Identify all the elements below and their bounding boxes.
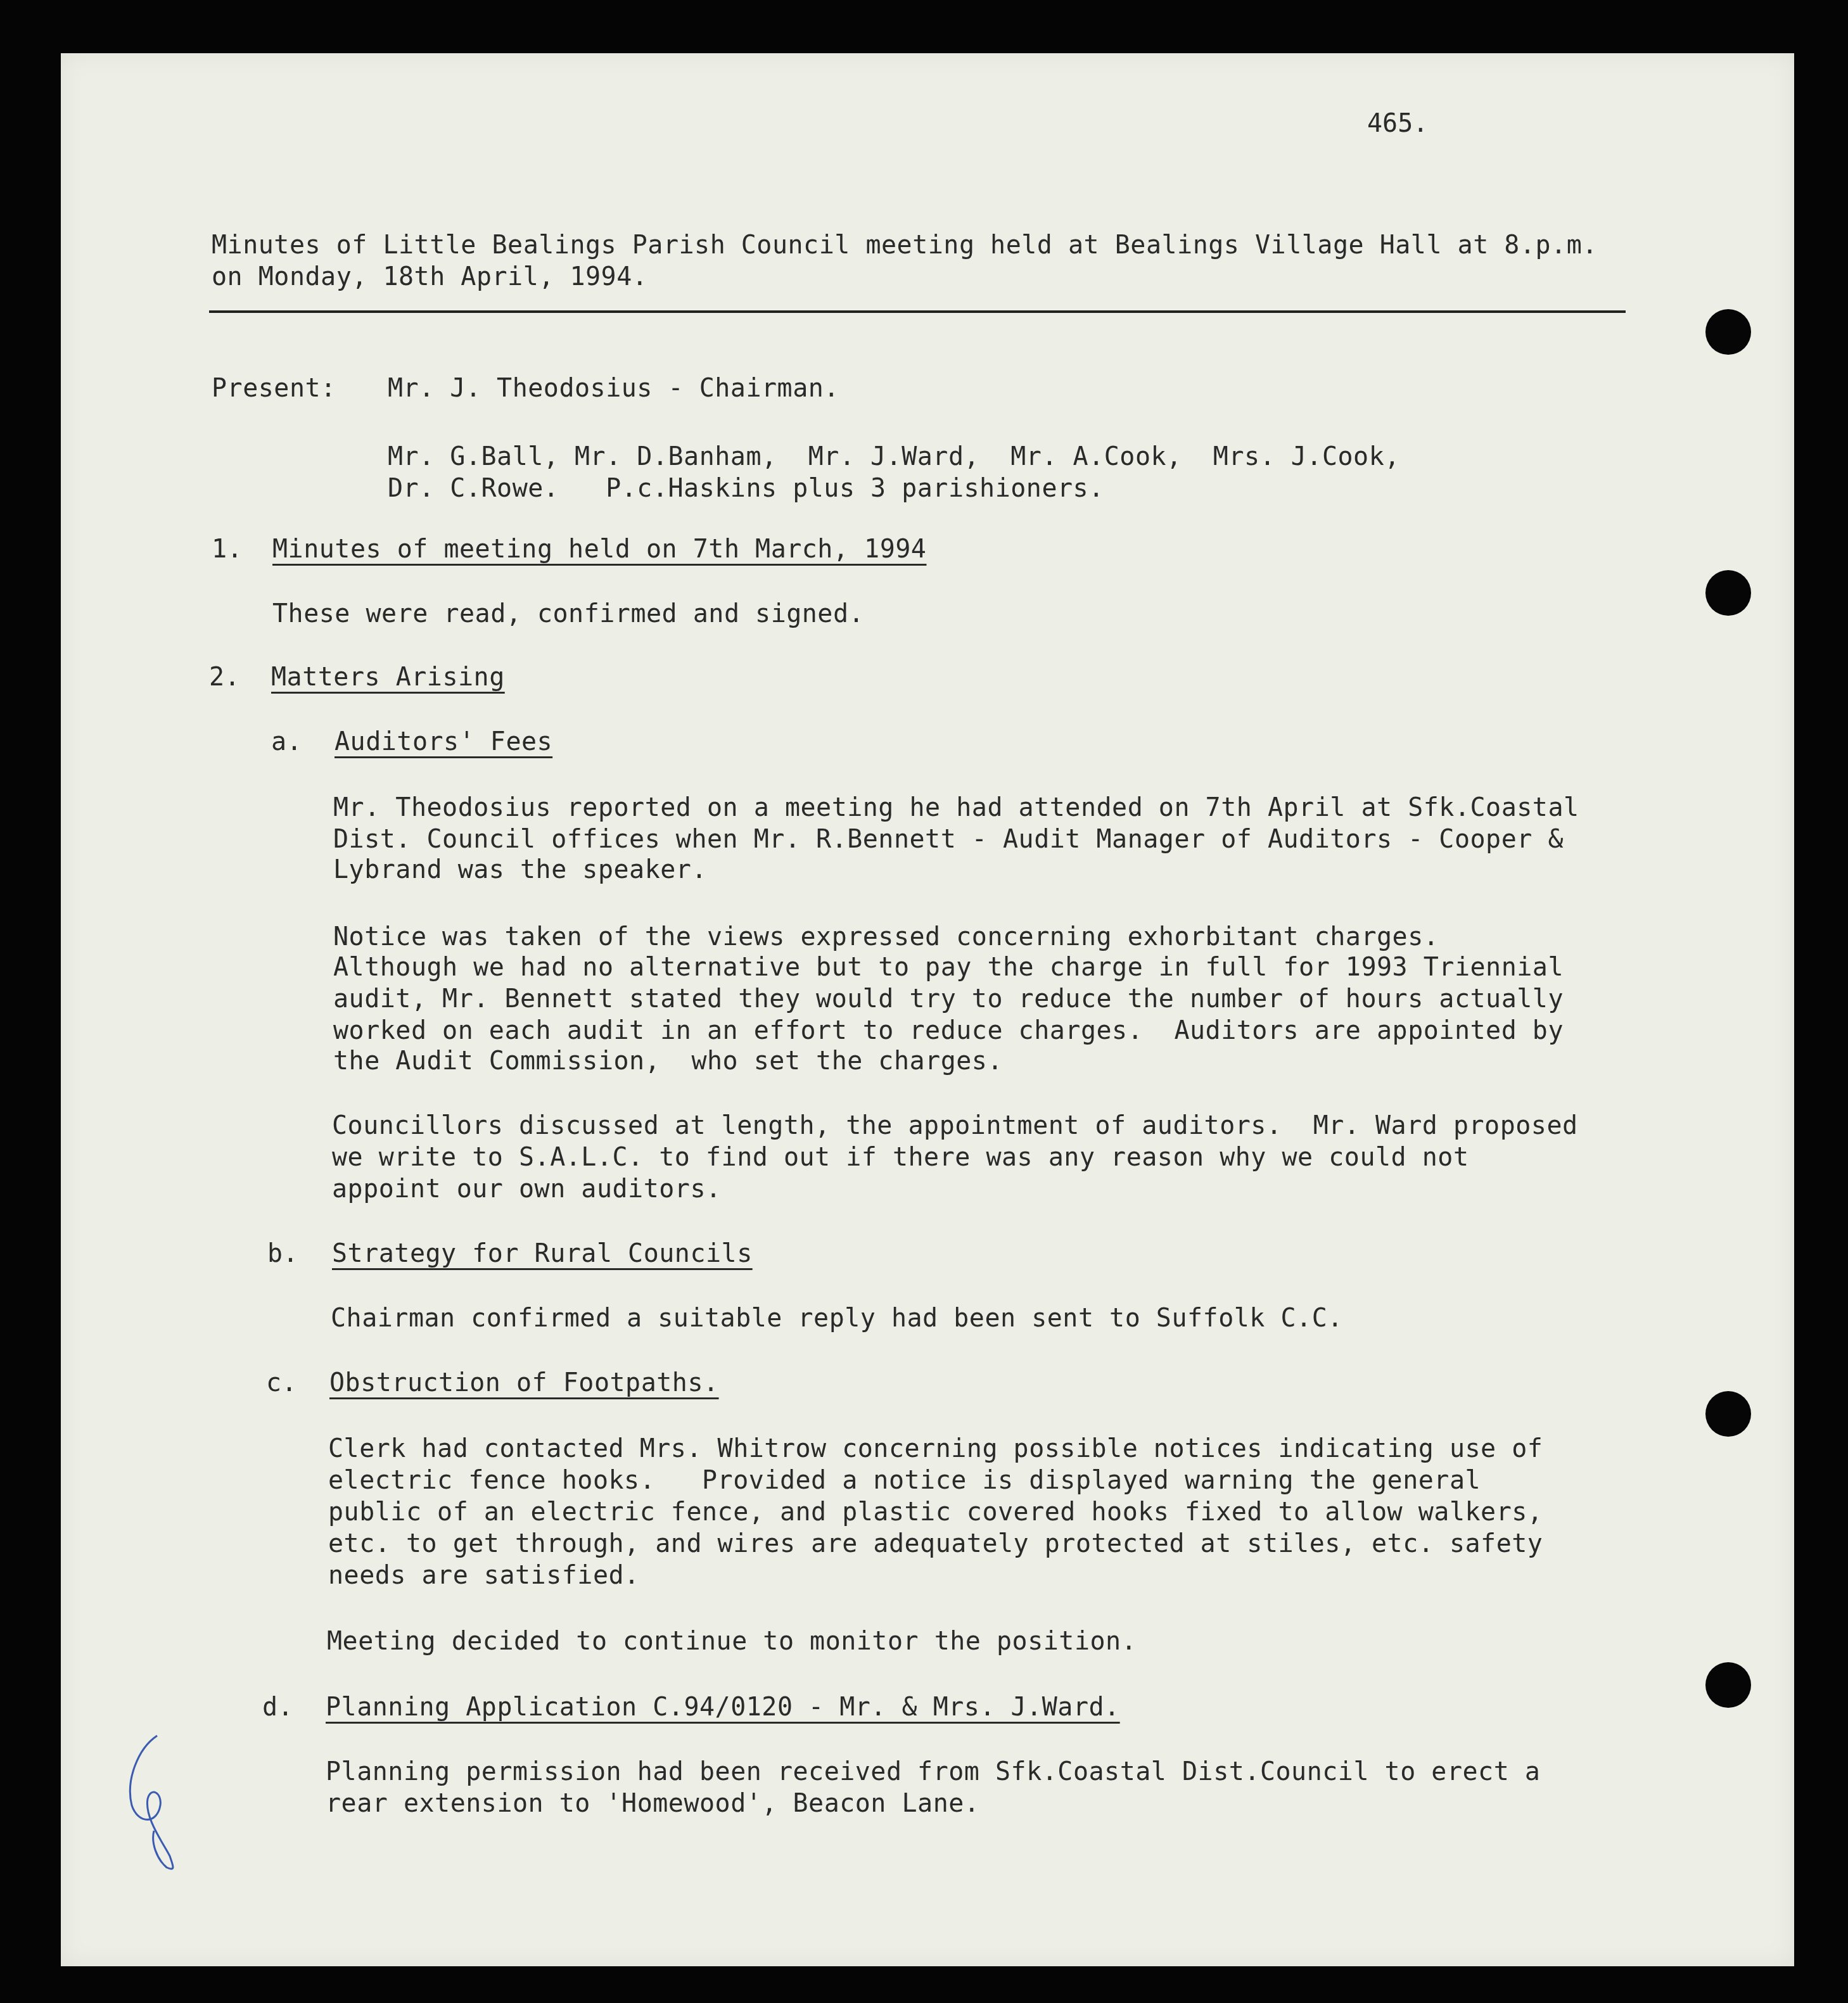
present-members-1: Mr. G.Ball, Mr. D.Banham, Mr. J.Ward, Mr… bbox=[388, 441, 1400, 473]
page-number: 465. bbox=[1367, 109, 1428, 138]
present-members-2: Dr. C.Rowe. P.c.Haskins plus 3 parishion… bbox=[388, 473, 1104, 504]
paragraph-line: Mr. Theodosius reported on a meeting he … bbox=[333, 792, 1579, 823]
present-chairman: Mr. J. Theodosius - Chairman. bbox=[388, 372, 839, 404]
paragraph-line: Chairman confirmed a suitable reply had … bbox=[331, 1302, 1343, 1334]
paragraph-line: etc. to get through, and wires are adequ… bbox=[328, 1528, 1543, 1560]
paragraph-line: electric fence hooks. Provided a notice … bbox=[328, 1465, 1481, 1496]
present-label: Present: bbox=[212, 372, 336, 404]
item-number: 1. bbox=[212, 533, 243, 565]
subitem-heading: Strategy for Rural Councils bbox=[332, 1238, 753, 1269]
subitem-letter: d. bbox=[262, 1691, 293, 1723]
paragraph-line: Clerk had contacted Mrs. Whitrow concern… bbox=[328, 1433, 1543, 1465]
paragraph-line: rear extension to 'Homewood', Beacon Lan… bbox=[326, 1788, 979, 1819]
punch-hole bbox=[1705, 309, 1751, 355]
paragraph-line: Councillors discussed at length, the app… bbox=[332, 1110, 1578, 1141]
paragraph-line: Although we had no alternative but to pa… bbox=[333, 951, 1564, 983]
paragraph-line: Notice was taken of the views expressed … bbox=[333, 921, 1439, 953]
punch-hole bbox=[1705, 1391, 1751, 1437]
title-line-2: on Monday, 18th April, 1994. bbox=[212, 261, 647, 293]
paragraph-line: the Audit Commission, who set the charge… bbox=[333, 1045, 1003, 1077]
item-heading: Minutes of meeting held on 7th March, 19… bbox=[272, 533, 926, 565]
paragraph-line: worked on each audit in an effort to red… bbox=[333, 1015, 1564, 1046]
item-heading: Matters Arising bbox=[271, 661, 505, 693]
punch-hole bbox=[1705, 570, 1751, 616]
title-line-1: Minutes of Little Bealings Parish Counci… bbox=[212, 229, 1598, 261]
paragraph-line: needs are satisfied. bbox=[328, 1560, 640, 1591]
paragraph-line: Planning permission had been received fr… bbox=[326, 1756, 1540, 1788]
paragraph-line: we write to S.A.L.C. to find out if ther… bbox=[332, 1141, 1469, 1173]
paragraph-line: Meeting decided to continue to monitor t… bbox=[327, 1625, 1137, 1657]
paragraph-line: appoint our own auditors. bbox=[332, 1173, 722, 1205]
handwritten-initial bbox=[113, 1729, 214, 1875]
subitem-heading: Planning Application C.94/0120 - Mr. & M… bbox=[326, 1691, 1120, 1723]
subitem-letter: b. bbox=[267, 1238, 298, 1269]
subitem-heading: Auditors' Fees bbox=[335, 726, 552, 758]
title-rule bbox=[209, 310, 1626, 313]
subitem-letter: a. bbox=[271, 726, 302, 758]
paragraph-line: public of an electric fence, and plastic… bbox=[328, 1496, 1543, 1528]
subitem-letter: c. bbox=[266, 1367, 297, 1399]
item-number: 2. bbox=[209, 661, 240, 693]
paragraph-line: audit, Mr. Bennett stated they would try… bbox=[333, 983, 1564, 1015]
item-text: These were read, confirmed and signed. bbox=[272, 598, 864, 630]
punch-hole bbox=[1705, 1662, 1751, 1708]
paragraph-line: Lybrand was the speaker. bbox=[333, 854, 707, 886]
subitem-heading: Obstruction of Footpaths. bbox=[329, 1367, 719, 1399]
paragraph-line: Dist. Council offices when Mr. R.Bennett… bbox=[333, 823, 1564, 855]
